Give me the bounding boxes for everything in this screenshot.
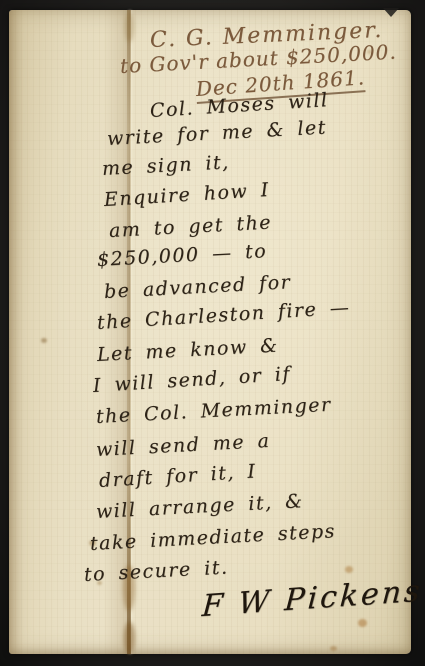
foxing-spot <box>345 566 353 573</box>
crease-stain <box>124 622 135 654</box>
foxing-spot <box>97 581 102 585</box>
crease-stain <box>123 565 135 611</box>
foxing-spot <box>358 619 367 627</box>
foxing-spot <box>367 50 372 54</box>
letter-paper <box>9 10 411 654</box>
foxing-spot <box>330 646 337 651</box>
foxing-spot <box>41 338 47 343</box>
photo-background: C. G. Memminger. to Gov'r about $250,000… <box>0 0 425 666</box>
foxing-spot <box>89 540 96 546</box>
crease-stain <box>125 12 134 42</box>
fold-crease <box>127 10 131 654</box>
left-page-edge <box>9 10 130 654</box>
